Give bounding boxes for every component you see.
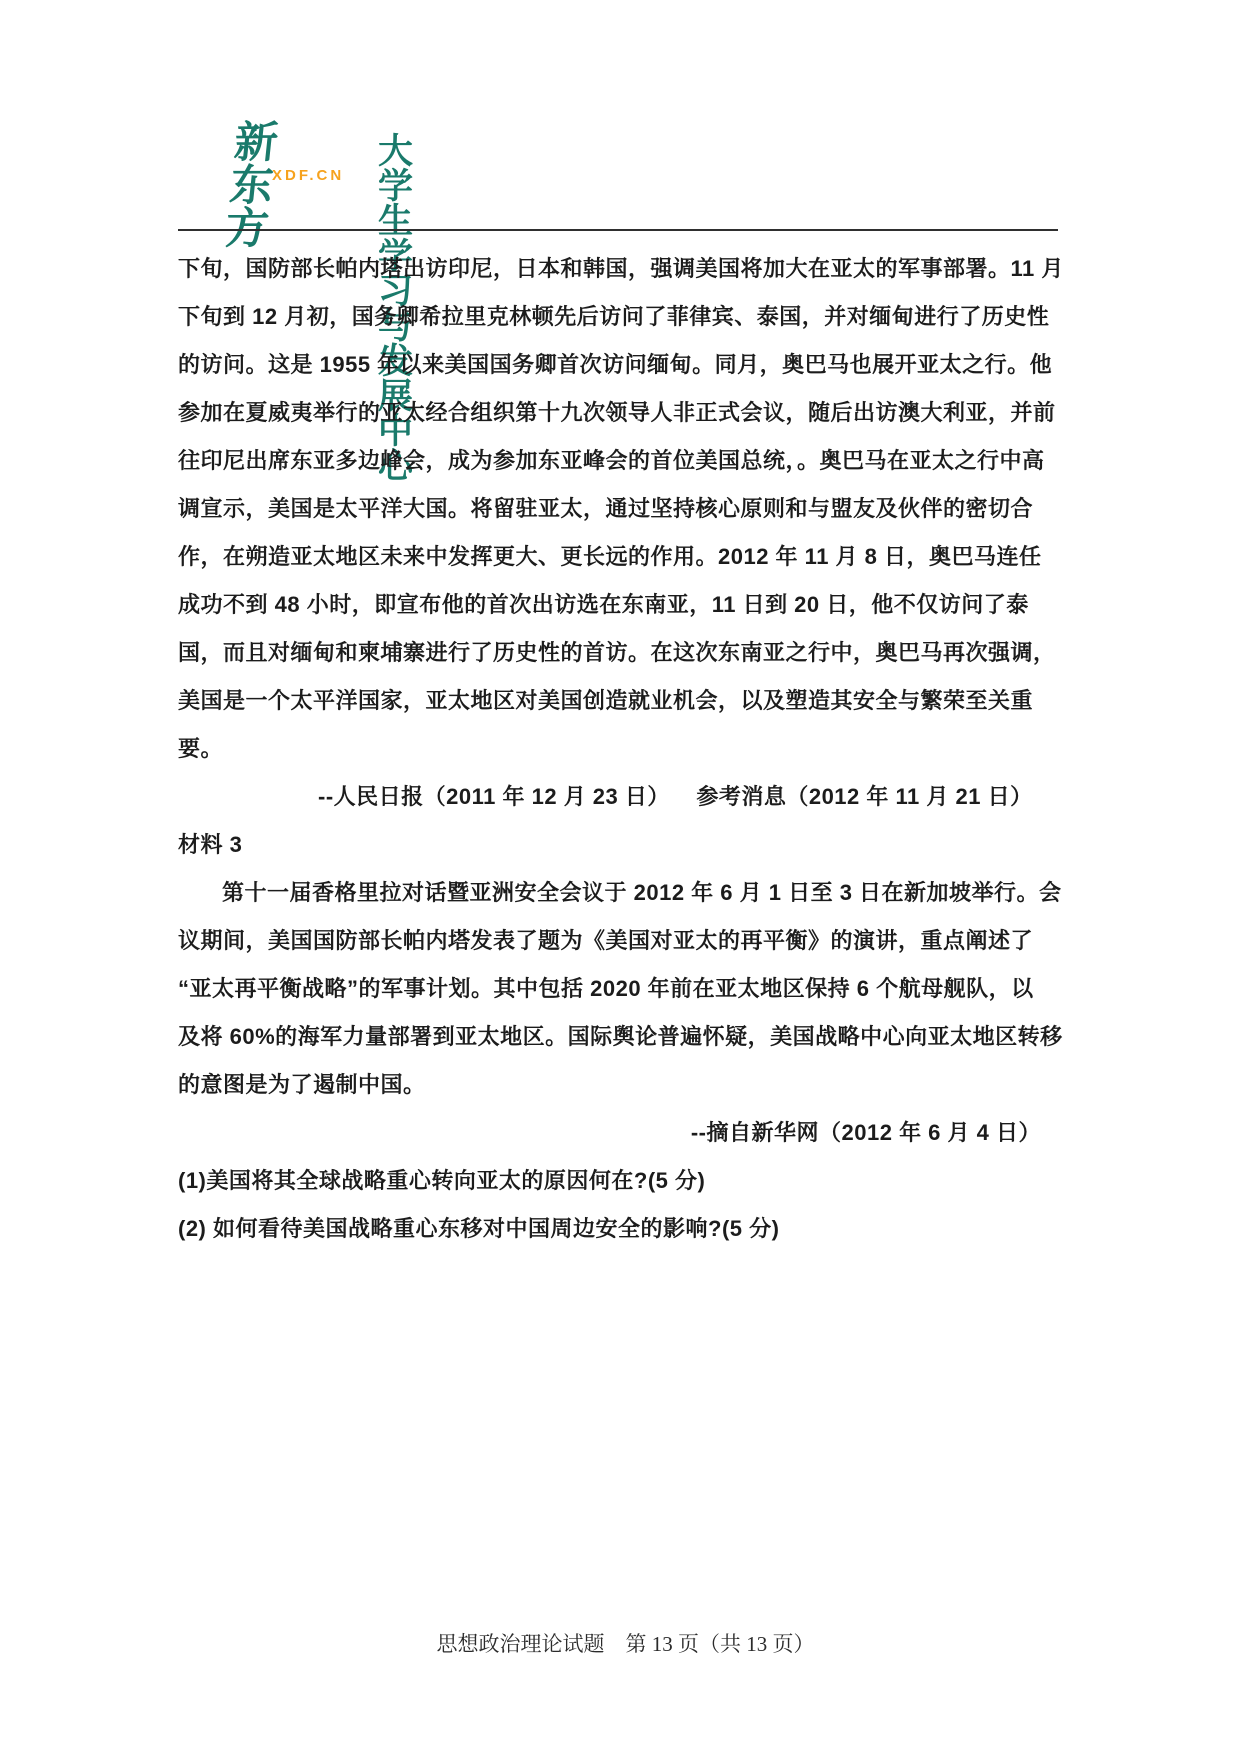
body-line: 的意图是为了遏制中国。 <box>178 1061 1073 1109</box>
question-line: (1)美国将其全球战略重心转向亚太的原因何在?(5 分) <box>178 1157 1073 1205</box>
body-line: 参加在夏威夷举行的亚太经合组织第十九次领导人非正式会议，随后出访澳大利亚，并前 <box>178 389 1073 437</box>
body-line: 成功不到 48 小时，即宣布他的首次出访选在东南亚，11 日到 20 日，他不仅… <box>178 581 1073 629</box>
body-line: 要。 <box>178 725 1073 773</box>
document-body: 下旬，国防部长帕内塔出访印尼，日本和韩国，强调美国将加大在亚太的军事部署。11 … <box>178 245 1073 1253</box>
body-line: 美国是一个太平洋国家，亚太地区对美国创造就业机会，以及塑造其安全与繁荣至关重 <box>178 677 1073 725</box>
body-line: 下旬到 12 月初，国务卿希拉里克林顿先后访问了菲律宾、泰国，并对缅甸进行了历史… <box>178 293 1073 341</box>
brand-logo: 新东方 <box>223 122 278 251</box>
page-footer: 思想政治理论试题 第 13 页（共 13 页） <box>178 1628 1073 1658</box>
body-line: 下旬，国防部长帕内塔出访印尼，日本和韩国，强调美国将加大在亚太的军事部署。11 … <box>178 245 1073 293</box>
header-divider <box>178 229 1058 231</box>
citation-line: --人民日报（2011 年 12 月 23 日） 参考消息（2012 年 11 … <box>178 773 1073 821</box>
body-line: 及将 60%的海军力量部署到亚太地区。国际舆论普遍怀疑，美国战略中心向亚太地区转… <box>178 1013 1073 1061</box>
brand-domain-label: XDF.CN <box>272 168 344 183</box>
question-line: (2) 如何看待美国战略重心东移对中国周边安全的影响?(5 分) <box>178 1205 1073 1253</box>
material-heading: 材料 3 <box>178 821 1073 869</box>
citation-line: --摘自新华网（2012 年 6 月 4 日） <box>178 1109 1073 1157</box>
body-line: 的访问。这是 1955 年以来美国国务卿首次访问缅甸。同月，奥巴马也展开亚太之行… <box>178 341 1073 389</box>
body-line: “亚太再平衡战略”的军事计划。其中包括 2020 年前在亚太地区保持 6 个航母… <box>178 965 1073 1013</box>
body-line: 作，在朔造亚太地区未来中发挥更大、更长远的作用。2012 年 11 月 8 日，… <box>178 533 1073 581</box>
body-line: 调宣示，美国是太平洋大国。将留驻亚太，通过坚持核心原则和与盟友及伙伴的密切合 <box>178 485 1073 533</box>
body-line: 议期间，美国国防部长帕内塔发表了题为《美国对亚太的再平衡》的演讲，重点阐述了 <box>178 917 1073 965</box>
body-line: 第十一届香格里拉对话暨亚洲安全会议于 2012 年 6 月 1 日至 3 日在新… <box>178 869 1073 917</box>
body-line: 往印尼出席东亚多边峰会，成为参加东亚峰会的首位美国总统，。奥巴马在亚太之行中高 <box>178 437 1073 485</box>
body-line: 国，而且对缅甸和柬埔寨进行了历史性的首访。在这次东南亚之行中，奥巴马再次强调， <box>178 629 1073 677</box>
document-page: 新东方 XDF.CN 大学生学习与发展中心 下旬，国防部长帕内塔出访印尼，日本和… <box>0 0 1241 1754</box>
